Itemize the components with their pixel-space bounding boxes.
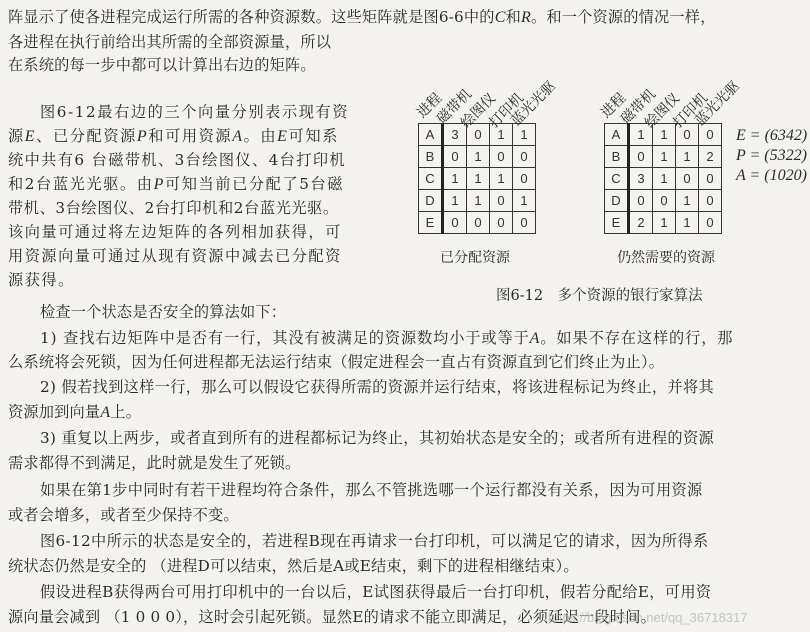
matrix-cell: 3 [629, 168, 653, 190]
text-line: 统中共有6 台磁带机、3台绘图仪、4台打印机 [8, 150, 346, 170]
matrix-row: D1101 [419, 190, 536, 212]
matrix-cell: 1 [676, 212, 699, 234]
text-line: 阵显示了使各进程完成运行所需的各种资源数。这些矩阵就是图6-6中的C和R。和一个… [8, 7, 716, 28]
process-label: E [419, 212, 443, 234]
matrix-row: E0000 [419, 212, 536, 234]
figure-caption: 图6-12 多个资源的银行家算法 [496, 284, 703, 305]
process-label: C [605, 168, 629, 190]
matrix-cell: 1 [490, 124, 513, 146]
process-label: B [605, 146, 629, 168]
text-line: 1) 查找右边矩阵中是否有一行，其没有被满足的资源数均小于或等于A。如果不存在这… [40, 328, 733, 349]
text-line: 带机、3台绘图仪、2台打印机和2台蓝光光驱。 [8, 198, 339, 218]
matrix-row: B0112 [605, 146, 722, 168]
matrix-cell: 1 [513, 124, 536, 146]
matrix-cell: 0 [467, 212, 490, 234]
text: 1) 查找右边矩阵中是否有一行，其没有被满足的资源数均小于或等于 [40, 329, 530, 347]
matrix-row: B0100 [419, 146, 536, 168]
text-line: 或者会增多，或者至少保持不变。 [8, 505, 239, 525]
text: 和 [506, 8, 521, 26]
text-line: 源获得。 [8, 270, 75, 290]
math-var: C [495, 9, 506, 26]
text-line: 图6-12最右边的三个向量分别表示现有资 [40, 102, 349, 122]
matrix-cell: 1 [653, 212, 676, 234]
matrix-cell: 0 [443, 212, 467, 234]
matrix-row: A1100 [605, 124, 722, 146]
process-label: C [419, 168, 443, 190]
matrix-cell: 0 [629, 190, 653, 212]
matrix-cell: 0 [490, 212, 513, 234]
process-label: D [605, 190, 629, 212]
matrix-cell: 0 [629, 146, 653, 168]
text-line: 2) 假若找到这样一行，那么可以假设它获得所需的资源并运行结束，将该进程标记为终… [40, 377, 714, 397]
text: 。由 [244, 127, 278, 145]
text: 和可用资源 [148, 127, 232, 145]
matrix-cell: 1 [653, 124, 676, 146]
matrix-row: A3011 [419, 124, 536, 146]
math-var: A [100, 404, 110, 421]
math-var: E [25, 128, 36, 145]
text: 可知当前已分配了5台磁 [165, 175, 344, 193]
vector-a: A = (1020) [736, 167, 807, 184]
text-line: 和2台蓝光光驱。由P可知当前已分配了5台磁 [8, 174, 344, 195]
math-var: A [232, 128, 243, 145]
matrix-cell: 1 [513, 190, 536, 212]
allocated-matrix-caption: 已分配资源 [440, 247, 510, 267]
matrix-cell: 0 [467, 124, 490, 146]
math-var: R [521, 9, 531, 26]
math-var: A [530, 330, 541, 347]
process-label: A [605, 124, 629, 146]
text: 。和一个资源的情况一样， [531, 8, 716, 26]
text-line: 资源加到向量A上。 [8, 402, 141, 423]
matrix-cell: 1 [467, 146, 490, 168]
process-label: B [419, 146, 443, 168]
text: 和2台蓝光光驱。由 [8, 175, 154, 193]
matrix-cell: 0 [676, 168, 699, 190]
process-label: A [419, 124, 443, 146]
matrix-cell: 1 [490, 168, 513, 190]
text-line: 该向量可通过将左边矩阵的各列相加获得，可 [8, 222, 342, 242]
process-label: D [419, 190, 443, 212]
matrix-cell: 1 [676, 146, 699, 168]
text: 资源加到向量 [8, 403, 100, 421]
text-line: 图6-12中所示的状态是安全的，若进程B现在再请求一台打印机，可以满足它的请求，… [40, 531, 709, 551]
vector-existing: E = (6342) [736, 126, 807, 146]
matrix-row: C1110 [419, 168, 536, 190]
text-line: 源E、已分配资源P和可用资源A。由E可知系 [8, 126, 339, 147]
text: 可知系 [289, 127, 339, 145]
matrix-cell: 0 [513, 146, 536, 168]
watermark: https://blog.csdn.net/qq_36718317 [548, 610, 748, 625]
text: 源 [8, 127, 25, 145]
matrix-cell: 0 [699, 124, 722, 146]
allocated-resources-matrix: A3011B0100C1110D1101E0000 [418, 123, 536, 234]
vector-e: E = (6342) [736, 127, 807, 144]
math-var: P [137, 128, 148, 145]
matrix-row: C3100 [605, 168, 722, 190]
text-line: 么系统将会死锁，因为任何进程都无法运行结束（假定进程会一直占有资源直到它们终止为… [8, 352, 664, 372]
matrix-row: E2110 [605, 212, 722, 234]
matrix-cell: 0 [443, 146, 467, 168]
matrix-cell: 0 [513, 168, 536, 190]
text-line: 3) 重复以上两步，或者直到所有的进程都标记为终止，其初始状态是安全的；或者所有… [40, 428, 714, 448]
text-line: 在系统的每一步中都可以计算出右边的矩阵。 [8, 55, 316, 75]
process-label: E [605, 212, 629, 234]
matrix-cell: 0 [699, 212, 722, 234]
vector-possessed: P = (5322) [736, 146, 807, 166]
matrix-cell: 0 [513, 212, 536, 234]
text: 阵显示了使各进程完成运行所需的各种资源数。这些矩阵就是图6-6中的 [8, 8, 495, 26]
matrix-cell: 1 [467, 190, 490, 212]
text: 上。 [110, 403, 141, 421]
vector-available: A = (1020) [736, 166, 807, 186]
matrix-cell: 1 [653, 168, 676, 190]
matrix-cell: 0 [676, 124, 699, 146]
matrix-cell: 0 [653, 190, 676, 212]
matrix-cell: 2 [629, 212, 653, 234]
text-line: 用资源向量可通过从现有资源中减去已分配资 [8, 246, 342, 266]
matrix-row: D0010 [605, 190, 722, 212]
matrix-cell: 2 [699, 146, 722, 168]
text: 、已分配资源 [36, 127, 137, 145]
matrix-cell: 0 [490, 146, 513, 168]
matrix-cell: 1 [676, 190, 699, 212]
matrix-cell: 1 [629, 124, 653, 146]
still-needed-resources-matrix: A1100B0112C3100D0010E2110 [604, 123, 722, 234]
matrix-cell: 0 [699, 190, 722, 212]
matrix-cell: 3 [443, 124, 467, 146]
matrix-cell: 1 [443, 190, 467, 212]
text-line: 统状态仍然是安全的 （进程D可以结束，然后是A或E结束，剩下的进程相继结束）。 [8, 556, 579, 576]
text-line: 如果在第1步中同时有若干进程均符合条件，那么不管挑选哪一个运行都没有关系，因为可… [40, 480, 703, 500]
text-line: 假设进程B获得两台可用打印机中的一台以后，E试图获得最后一台打印机，假若分配给E… [40, 582, 711, 602]
needed-matrix-caption: 仍然需要的资源 [617, 247, 715, 267]
math-var: E [277, 128, 288, 145]
matrix-cell: 1 [467, 168, 490, 190]
matrix-cell: 0 [699, 168, 722, 190]
matrix-cell: 0 [490, 190, 513, 212]
vector-p: P = (5322) [736, 147, 807, 164]
math-var: P [154, 176, 165, 193]
text-line: 检查一个状态是否安全的算法如下： [40, 302, 286, 322]
matrix-cell: 1 [443, 168, 467, 190]
matrix-cell: 1 [653, 146, 676, 168]
text-line: 需求都得不到满足，此时就是发生了死锁。 [8, 453, 300, 473]
text-line: 各进程在执行前给出其所需的全部资源量，所以 [8, 32, 331, 52]
text: 。如果不存在这样的行，那 [540, 329, 733, 347]
